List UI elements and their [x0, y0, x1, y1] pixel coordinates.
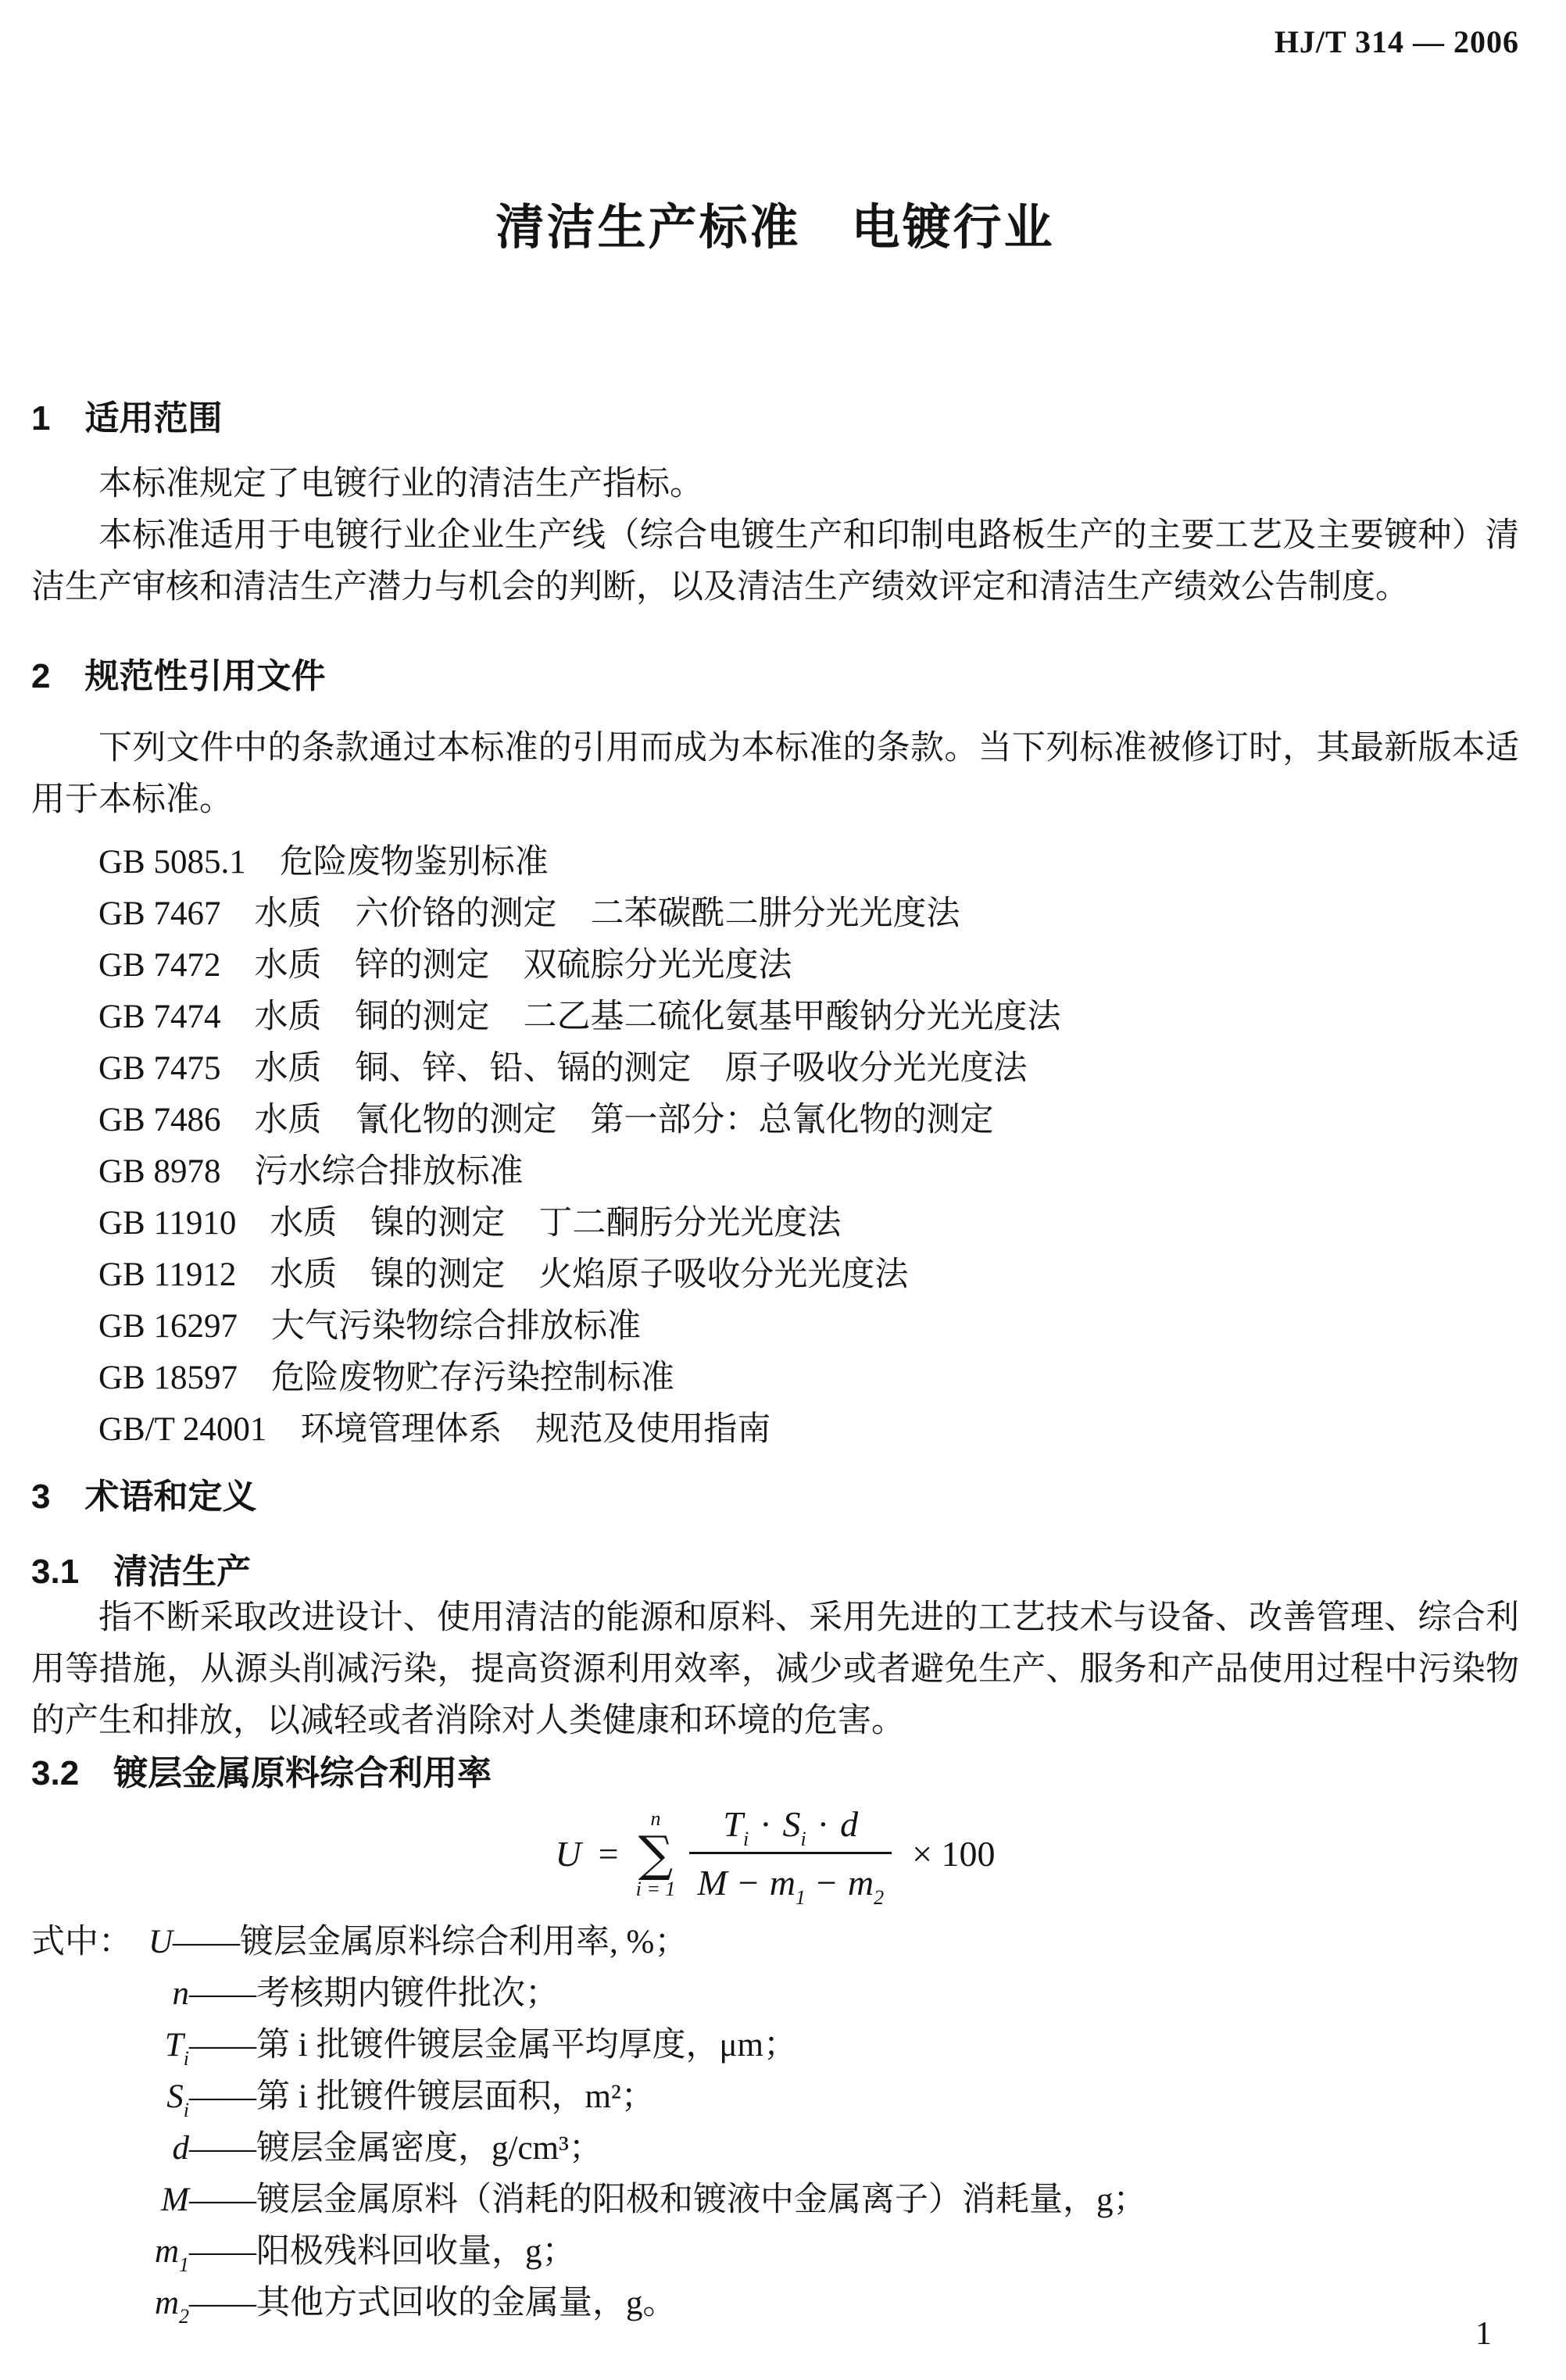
summation-symbol: n ∑ i = 1 [636, 1809, 676, 1899]
formula-term-definition: 式中：U——镀层金属原料综合利用率, %； [31, 1917, 1519, 1968]
definition-variable: M [148, 2175, 189, 2226]
definition-lead: 式中： [31, 1924, 132, 1960]
sigma-glyph: ∑ [638, 1832, 673, 1876]
definition-description: ——镀层金属密度，g/cm³； [189, 2130, 602, 2167]
section-2-intro: 下列文件中的条款通过本标准的引用而成为本标准的条款。当下列标准被修订时，其最新版… [31, 723, 1519, 826]
minus-sign: − [817, 1863, 837, 1903]
fraction-denominator: M−m1−m2 [689, 1852, 892, 1901]
summation-lower-limit: i = 1 [636, 1879, 676, 1899]
reference-item: GB 7486 水质 氰化物的测定 第一部分：总氰化物的测定 [31, 1095, 1519, 1146]
reference-item: GB 11912 水质 镍的测定 火焰原子吸收分光光度法 [31, 1249, 1519, 1301]
formula-term-definition: m1——阳极残料回收量，g； [31, 2226, 1519, 2278]
formula-term-definition: M——镀层金属原料（消耗的阳极和镀液中金属离子）消耗量，g； [31, 2175, 1519, 2226]
minus-sign: − [738, 1863, 759, 1903]
reference-list: GB 5085.1 危险废物鉴别标准 GB 7467 水质 六价铬的测定 二苯碳… [31, 837, 1519, 1456]
definition-variable: U [132, 1917, 173, 1968]
reference-item: GB 16297 大气污染物综合排放标准 [31, 1301, 1519, 1353]
section-3-heading: 3 术语和定义 [31, 1477, 1519, 1517]
section-3-1-heading: 3.1 清洁生产 [31, 1552, 1519, 1592]
reference-item: GB 11910 水质 镍的测定 丁二酮肟分光光度法 [31, 1198, 1519, 1249]
dot-operator: · [817, 1804, 829, 1844]
section-1-paragraph-1: 本标准规定了电镀行业的清洁生产指标。 [31, 459, 1519, 510]
formula-term-definition: m2——其他方式回收的金属量，g。 [31, 2278, 1519, 2329]
section-1-paragraph-2: 本标准适用于电镀行业企业生产线（综合电镀生产和印制电路板生产的主要工艺及主要镀种… [31, 510, 1519, 613]
reference-item: GB 18597 危险废物贮存污染控制标准 [31, 1353, 1519, 1404]
section-2-heading: 2 规范性引用文件 [31, 656, 1519, 697]
formula-variable-U: U [555, 1836, 581, 1872]
utilization-rate-formula: U = n ∑ i = 1 Ti·Si·d M−m1−m2 × 100 [31, 1806, 1519, 1901]
reference-item: GB/T 24001 环境管理体系 规范及使用指南 [31, 1404, 1519, 1456]
definition-variable: d [148, 2123, 189, 2175]
reference-item: GB 7472 水质 锌的测定 双硫腙分光光度法 [31, 940, 1519, 992]
formula-term-definition: Ti——第 i 批镀件镀层金属平均厚度，μm； [31, 2020, 1519, 2071]
reference-item: GB 7475 水质 铜、锌、铅、镉的测定 原子吸收分光光度法 [31, 1043, 1519, 1095]
definition-variable: Si [148, 2071, 189, 2123]
section-1-heading: 1 适用范围 [31, 398, 1519, 439]
document-page: HJ/T 314 — 2006 清洁生产标准 电镀行业 1 适用范围 本标准规定… [0, 0, 1566, 2380]
equals-sign: = [599, 1836, 619, 1872]
formula-term-definition: d——镀层金属密度，g/cm³； [31, 2123, 1519, 2175]
formula-term-definition: Si——第 i 批镀件镀层面积，m²； [31, 2071, 1519, 2123]
fraction: Ti·Si·d M−m1−m2 [689, 1806, 892, 1901]
document-title: 清洁生产标准 电镀行业 [31, 200, 1519, 256]
times-100: × 100 [912, 1836, 995, 1872]
definition-description: ——第 i 批镀件镀层金属平均厚度，μm； [189, 2027, 797, 2064]
reference-item: GB 7467 水质 六价铬的测定 二苯碳酰二肼分光光度法 [31, 888, 1519, 940]
formula-definitions: 式中：U——镀层金属原料综合利用率, %； n——考核期内镀件批次； Ti——第… [31, 1917, 1519, 2329]
definition-variable: m2 [148, 2278, 189, 2329]
dot-operator: · [760, 1804, 771, 1844]
formula-term-definition: n——考核期内镀件批次； [31, 1968, 1519, 2020]
section-3-2-heading: 3.2 镀层金属原料综合利用率 [31, 1753, 1519, 1794]
definition-description: ——其他方式回收的金属量，g。 [189, 2285, 677, 2321]
definition-variable: Ti [148, 2020, 189, 2071]
reference-item: GB 5085.1 危险废物鉴别标准 [31, 837, 1519, 888]
definition-variable: m1 [148, 2226, 189, 2278]
reference-item: GB 8978 污水综合排放标准 [31, 1146, 1519, 1198]
definition-description: ——镀层金属原料综合利用率, %； [173, 1924, 688, 1960]
definition-variable: n [148, 1968, 189, 2020]
fraction-numerator: Ti·Si·d [689, 1806, 892, 1852]
definition-description: ——阳极残料回收量，g； [189, 2233, 576, 2270]
page-number: 1 [1475, 2317, 1492, 2350]
definition-description: ——第 i 批镀件镀层面积，m²； [189, 2078, 655, 2115]
reference-item: GB 7474 水质 铜的测定 二乙基二硫化氨基甲酸钠分光光度法 [31, 992, 1519, 1043]
standard-number-header: HJ/T 314 — 2006 [31, 23, 1519, 61]
definition-description: ——考核期内镀件批次； [189, 1975, 559, 2012]
section-3-1-paragraph: 指不断采取改进设计、使用清洁的能源和原料、采用先进的工艺技术与设备、改善管理、综… [31, 1592, 1519, 1747]
definition-description: ——镀层金属原料（消耗的阳极和镀液中金属离子）消耗量，g； [189, 2182, 1147, 2218]
